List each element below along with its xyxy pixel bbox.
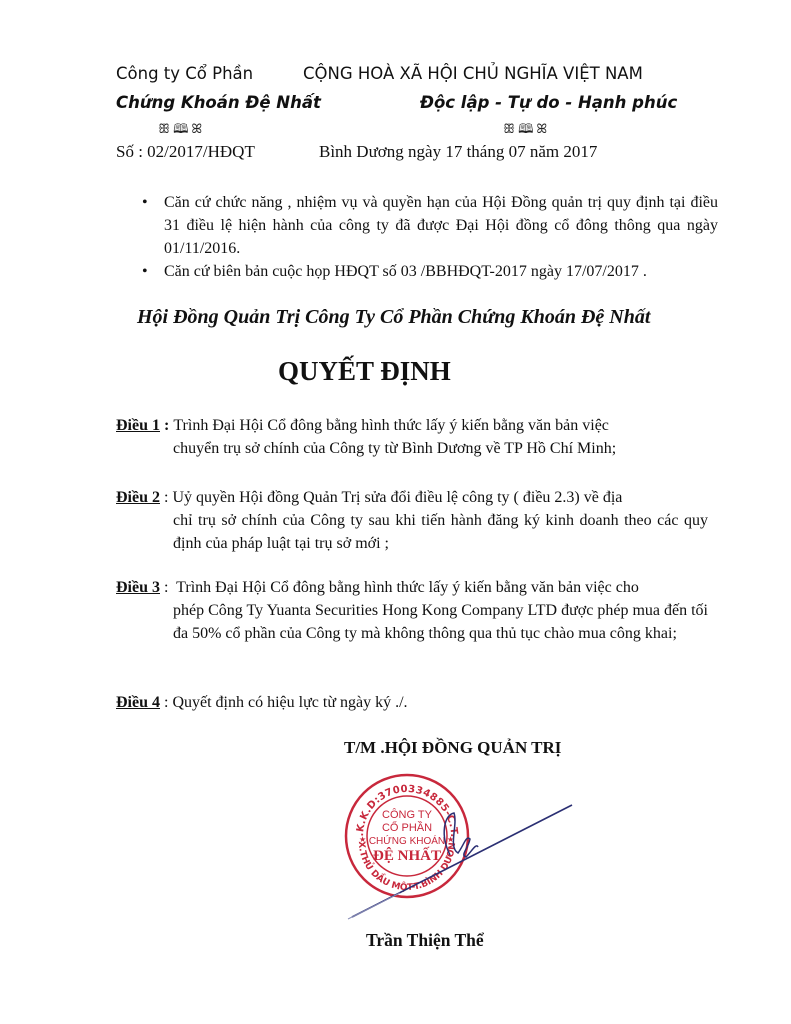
scroll-right-icon: ꕤ xyxy=(536,122,550,137)
company-name-line2: Chứng Khoán Đệ Nhất xyxy=(116,93,321,112)
ornament-left: ꕥ🕮ꕤ xyxy=(158,120,205,142)
preamble-list: Căn cứ chức năng , nhiệm vụ và quyền hạn… xyxy=(138,191,718,283)
article-2: Điều 2 : Uỷ quyền Hội đồng Quản Trị sửa … xyxy=(116,486,708,555)
preamble-item: Căn cứ chức năng , nhiệm vụ và quyền hạn… xyxy=(138,191,718,260)
on-behalf-of: T/M .HỘI ĐỒNG QUẢN TRỊ xyxy=(344,738,561,758)
signer-name: Trần Thiện Thể xyxy=(366,930,484,951)
article-label: Điều 3 xyxy=(116,579,160,596)
national-motto: Độc lập - Tự do - Hạnh phúc xyxy=(420,93,677,112)
article-text: Trình Đại Hội Cổ đông bằng hình thức lấy… xyxy=(173,417,609,434)
scroll-left-icon: ꕥ xyxy=(503,122,518,137)
book-icon: 🕮 xyxy=(173,122,191,137)
article-text: Trình Đại Hội Cổ đông bằng hình thức lấy… xyxy=(176,579,639,596)
scroll-right-icon: ꕤ xyxy=(191,122,205,137)
issuer-heading: Hội Đồng Quản Trị Công Ty Cổ Phần Chứng … xyxy=(137,306,650,329)
article-4: Điều 4 : Quyết định có hiệu lực từ ngày … xyxy=(116,691,708,714)
article-text-continued: chuyển trụ sở chính của Công ty từ Bình … xyxy=(116,437,708,460)
article-label: Điều 1 xyxy=(116,417,160,434)
document-number: Số : 02/2017/HĐQT xyxy=(116,142,255,162)
article-label: Điều 2 xyxy=(116,489,160,506)
article-text: Quyết định có hiệu lực từ ngày ký ./. xyxy=(172,694,407,711)
document-title: QUYẾT ĐỊNH xyxy=(278,356,451,387)
book-icon: 🕮 xyxy=(518,122,536,137)
ornament-right: ꕥ🕮ꕤ xyxy=(503,120,550,142)
article-text: Uỷ quyền Hội đồng Quản Trị sửa đổi điều … xyxy=(172,489,622,506)
handwritten-signature xyxy=(340,795,580,925)
article-1: Điều 1 : Trình Đại Hội Cổ đông bằng hình… xyxy=(116,414,708,460)
place-and-date: Bình Dương ngày 17 tháng 07 năm 2017 xyxy=(319,142,597,162)
company-name-line1: Công ty Cổ Phần xyxy=(116,64,253,83)
preamble-item: Căn cứ biên bản cuộc họp HĐQT số 03 /BBH… xyxy=(138,260,718,283)
article-text-continued: chỉ trụ sở chính của Công ty sau khi tiế… xyxy=(116,509,708,555)
scroll-left-icon: ꕥ xyxy=(158,122,173,137)
country-name: CỘNG HOÀ XÃ HỘI CHỦ NGHĨA VIỆT NAM xyxy=(303,64,643,83)
article-label: Điều 4 xyxy=(116,694,160,711)
article-text-continued: phép Công Ty Yuanta Securities Hong Kong… xyxy=(116,599,708,645)
article-3: Điều 3 : Trình Đại Hội Cổ đông bằng hình… xyxy=(116,576,708,645)
